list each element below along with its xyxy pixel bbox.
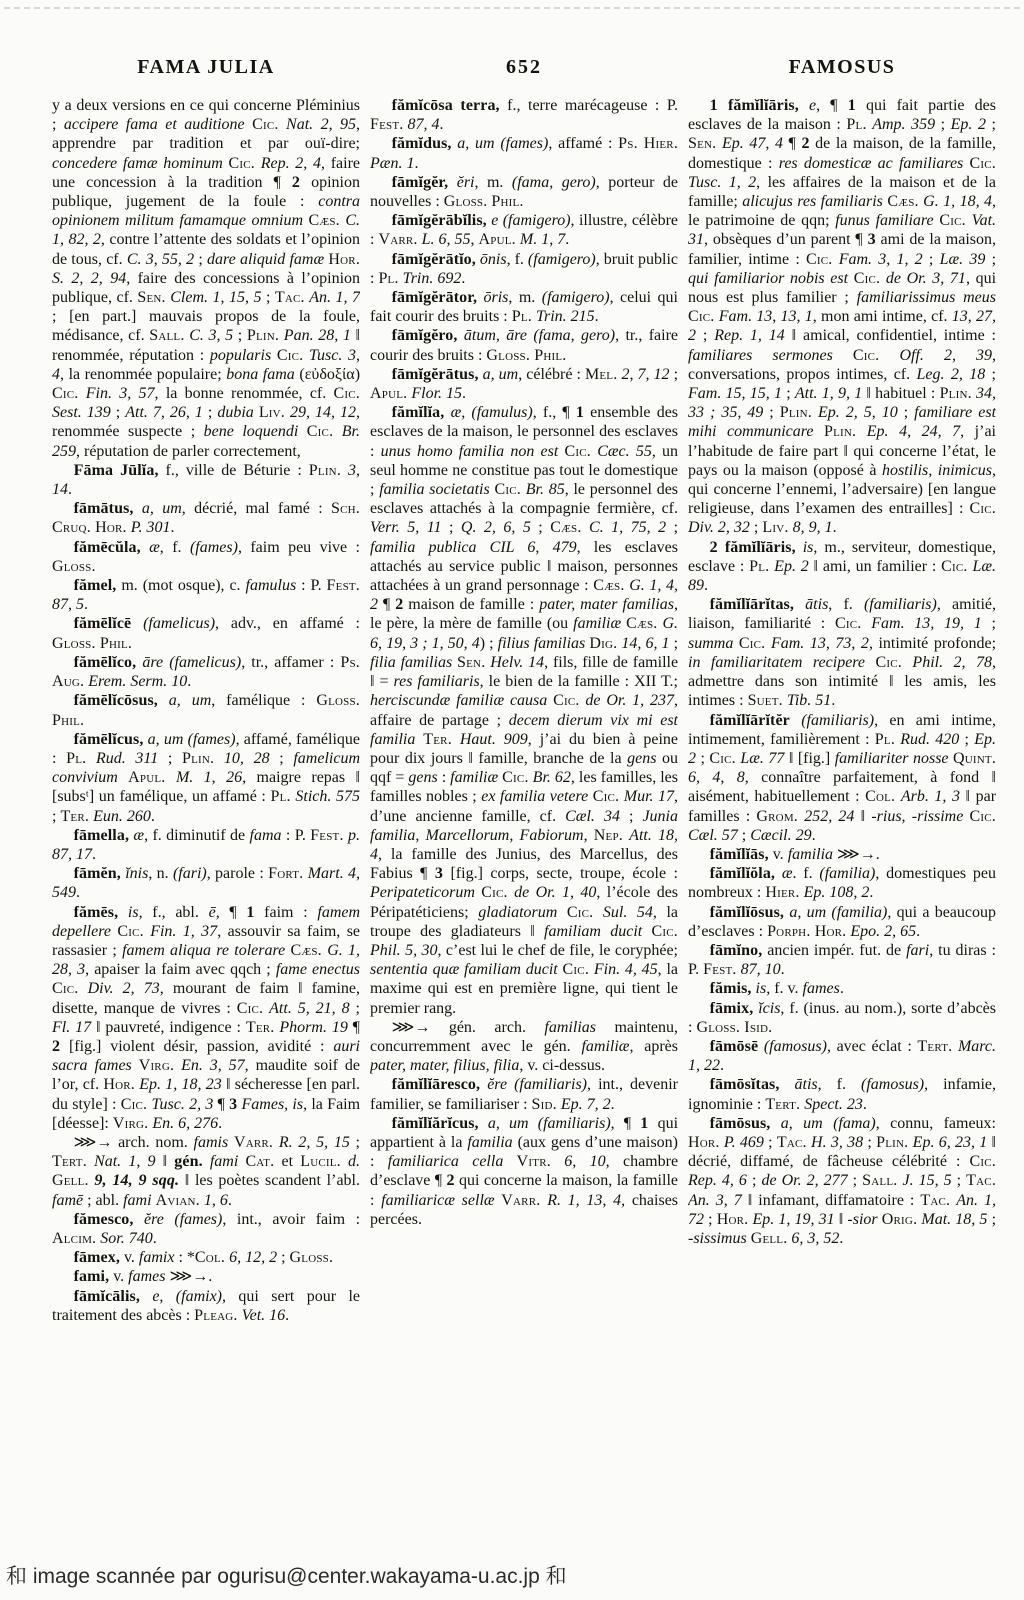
latin-italic-run: Clem. 1, 15, 5: [170, 289, 261, 306]
latin-italic-run: -sior: [847, 1211, 877, 1228]
latin-italic-run: Eun. 260: [93, 808, 151, 825]
author-smallcaps-run: Hier.: [765, 884, 799, 901]
author-smallcaps-run: Ter.: [423, 731, 452, 748]
latin-italic-run: dubia: [217, 404, 253, 421]
headword-or-bold-run: fămĭlĭōsus,: [710, 904, 784, 921]
author-smallcaps-run: Tert.: [917, 1038, 952, 1055]
author-smallcaps-run: Cæs.: [887, 193, 918, 210]
latin-italic-run: familia: [788, 846, 833, 863]
latin-italic-run: An. 1, 7: [309, 289, 360, 306]
latin-italic-run: 6, 12, 2: [229, 1249, 277, 1266]
column-3: 1 fămĭlĭāris, e, ¶ 1 qui fait partie des…: [688, 96, 996, 1534]
latin-italic-run: Trin. 692: [403, 270, 462, 287]
latin-italic-run: Cæcil. 29: [750, 827, 811, 844]
author-smallcaps-run: Sall.: [149, 327, 184, 344]
latin-italic-run: is: [128, 904, 139, 921]
latin-italic-run: 8, 9, 1: [793, 519, 833, 536]
entry-paragraph: fămĭcōsa terra, f., terre marécageuse : …: [370, 96, 678, 134]
latin-italic-run: ātum, āre (fama, gero): [464, 327, 615, 344]
headword-or-bold-run: fāmōsē: [710, 1038, 759, 1055]
entry-paragraph: fāmĭcālis, e, (famix), qui sert pour le …: [52, 1287, 360, 1325]
entry-paragraph: fāmĭgĕro, ātum, āre (fama, gero), tr., f…: [370, 326, 678, 364]
latin-italic-run: ē: [209, 904, 216, 921]
latin-italic-run: familiares sermones: [688, 347, 833, 364]
latin-italic-run: Ep. 2, 5, 10: [818, 404, 898, 421]
latin-italic-run: R. 2, 5, 15: [279, 1134, 350, 1151]
headword-or-bold-run: fămĭlĭārĭtas,: [710, 596, 794, 613]
latin-italic-run: Cæc. 55: [597, 443, 652, 460]
latin-italic-run: qui familiarior nobis est: [688, 270, 848, 287]
author-smallcaps-run: Apul.: [370, 385, 407, 402]
headword-or-bold-run: fāmĭgĕr,: [392, 174, 449, 191]
latin-italic-run: 6, 10: [564, 1153, 605, 1170]
latin-italic-run: Tusc. 2, 3: [152, 1096, 214, 1113]
latin-italic-run: 14, 6, 1: [621, 635, 669, 652]
latin-italic-run: Ep. 7, 2: [561, 1096, 611, 1113]
author-smallcaps-run: Alcim.: [52, 1230, 96, 1247]
headword-or-bold-run: fămel,: [74, 577, 117, 594]
entry-paragraph: fămĭlĭărĭcus, a, um (familiaris), ¶ 1 qu…: [370, 1114, 678, 1229]
latin-italic-run: (famigero): [528, 251, 596, 268]
author-smallcaps-run: Tac.: [777, 1134, 807, 1151]
latin-italic-run: res familiaris: [393, 673, 479, 690]
headword-or-bold-run: 3: [229, 1096, 237, 1113]
latin-italic-run: Ep. 2: [774, 558, 809, 575]
author-smallcaps-run: Quint.: [953, 750, 996, 767]
latin-italic-run: Fam. 13, 13, 1: [719, 308, 813, 325]
author-smallcaps-run: Cæs.: [550, 519, 581, 536]
author-smallcaps-run: Cic.: [567, 904, 593, 921]
latin-italic-run: ōris: [484, 289, 509, 306]
headword-or-bold-run: 1: [576, 404, 584, 421]
scan-credit-line: 和 image scannée par ogurisu@center.wakay…: [6, 1560, 567, 1590]
latin-italic-run: familiam ducit: [544, 923, 642, 940]
latin-italic-run: S. 2, 2, 94: [52, 270, 126, 287]
headword-or-bold-run: fămēlĭcus,: [74, 731, 144, 748]
entry-paragraph: fămĭlĭōsus, a, um (familia), qui a beauc…: [688, 903, 996, 941]
headword-or-bold-run: fămesco,: [74, 1211, 134, 1228]
author-smallcaps-run: Plin.: [182, 750, 214, 767]
author-smallcaps-run: Cic.: [739, 635, 765, 652]
author-smallcaps-run: Cic.: [502, 769, 528, 786]
latin-italic-run: familia: [467, 1134, 512, 1151]
latin-italic-run: M. 1, 26: [176, 769, 242, 786]
latin-italic-run: familiaricæ sellæ: [381, 1192, 494, 1209]
author-smallcaps-run: Mel.: [585, 366, 617, 383]
latin-italic-run: An. 3, 7: [688, 1192, 742, 1209]
latin-italic-run: famis: [194, 1134, 229, 1151]
author-smallcaps-run: Fest.: [370, 116, 403, 133]
author-smallcaps-run: Cic.: [52, 385, 78, 402]
author-smallcaps-run: Pl.: [875, 731, 895, 748]
author-smallcaps-run: Cic.: [970, 1153, 996, 1170]
latin-italic-run: fame enectus: [276, 961, 360, 978]
author-smallcaps-run: Cic.: [52, 980, 78, 997]
latin-italic-run: Ep. 4, 24, 7: [867, 423, 960, 440]
author-smallcaps-run: Cic.: [593, 788, 619, 805]
latin-italic-run: P. 301: [131, 519, 171, 536]
latin-italic-run: Mat. 18, 5: [921, 1211, 987, 1228]
latin-italic-run: is: [803, 539, 814, 556]
latin-italic-run: Rud. 311: [96, 750, 158, 767]
latin-italic-run: famē: [52, 1192, 83, 1209]
latin-italic-run: a, um (fames): [457, 135, 548, 152]
latin-italic-run: En. 3, 57: [181, 1057, 245, 1074]
latin-italic-run: familiæ: [450, 769, 498, 786]
entry-paragraph: fămēlĭcōsus, a, um, famélique : Gloss. P…: [52, 691, 360, 729]
author-smallcaps-run: Ter.: [60, 808, 89, 825]
author-smallcaps-run: Gell.: [52, 1172, 89, 1189]
latin-italic-run: familia societatis: [379, 481, 490, 498]
column-2: fămĭcōsa terra, f., terre marécageuse : …: [370, 96, 678, 1534]
latin-italic-run: familiæ: [573, 615, 621, 632]
entry-paragraph: fămel, m. (mot osque), c. famulus : P. F…: [52, 576, 360, 614]
latin-italic-run: (famosus): [764, 1038, 827, 1055]
latin-italic-run: Br. 85: [526, 481, 565, 498]
entry-paragraph: fămēlĭcus, a, um (fames), affamé, faméli…: [52, 730, 360, 826]
page-header: FAMA JULIA 652 FAMOSUS: [52, 56, 996, 79]
entry-paragraph: fāmātus, a, um, décrié, mal famé : Sch. …: [52, 499, 360, 537]
latin-italic-run: æ: [133, 827, 144, 844]
latin-italic-run: famulus: [246, 577, 297, 594]
entry-paragraph: fāmella, æ, f. diminutif de fama : P. Fe…: [52, 826, 360, 864]
headword-or-bold-run: fāmĭcālis,: [74, 1288, 140, 1305]
latin-italic-run: Br. 62: [533, 769, 571, 786]
latin-italic-run: familiarissimus meus: [857, 289, 996, 306]
author-smallcaps-run: Hor.: [103, 1076, 135, 1093]
entry-paragraph: fami, v. fames ⋙→.: [52, 1267, 360, 1286]
latin-italic-run: Fam. 3, 1, 2: [839, 251, 923, 268]
author-smallcaps-run: Pl.: [271, 788, 291, 805]
headword-or-bold-run: fāmella,: [74, 827, 129, 844]
entry-paragraph: fămĭlĭāresco, ĕre (familiaris), int., de…: [370, 1075, 678, 1113]
latin-italic-run: Verr. 5, 11: [370, 519, 442, 536]
author-smallcaps-run: Plin.: [247, 327, 279, 344]
headword-or-bold-run: fāmātus,: [74, 500, 134, 517]
author-smallcaps-run: Tac.: [920, 1192, 950, 1209]
latin-italic-run: familiariter nosse: [835, 750, 949, 767]
entry-paragraph: fāmix, ĭcis, f. (inus. au nom.), sorte d…: [688, 999, 996, 1037]
latin-italic-run: gladiatorum: [478, 904, 557, 921]
author-smallcaps-run: Cat.: [245, 1153, 274, 1170]
headword-or-bold-run: fāmĕn,: [74, 865, 121, 882]
author-smallcaps-run: Tert.: [52, 1153, 87, 1170]
latin-italic-run: in familiaritatem recipere: [688, 654, 865, 671]
latin-italic-run: 9, 14, 9 sqq.: [94, 1172, 179, 1189]
author-smallcaps-run: Varr.: [234, 1134, 273, 1151]
latin-italic-run: Mur. 17: [624, 788, 674, 805]
latin-italic-run: Tusc. 1, 2: [688, 174, 756, 191]
latin-italic-run: pater, mater, filius, filia: [370, 1057, 519, 1074]
latin-italic-run: res domesticæ ac familiares: [779, 155, 964, 172]
scanned-dictionary-page: FAMA JULIA 652 FAMOSUS y a deux versions…: [0, 0, 1024, 1600]
latin-italic-run: e: [809, 97, 816, 114]
latin-italic-run: 2, 7, 12: [621, 366, 669, 383]
latin-italic-run: Sor. 740: [100, 1230, 152, 1247]
latin-italic-run: 10, 28: [224, 750, 270, 767]
latin-italic-run: 252, 24: [804, 808, 854, 825]
author-smallcaps-run: Cic.: [652, 923, 678, 940]
author-smallcaps-run: Cic.: [970, 808, 996, 825]
latin-italic-run: J. 15, 5: [902, 1172, 951, 1189]
author-smallcaps-run: Fest.: [310, 827, 343, 844]
latin-italic-run: (fama, gero): [512, 174, 596, 191]
latin-italic-run: familiæ: [581, 1038, 629, 1055]
latin-italic-run: Stich. 575: [295, 788, 360, 805]
latin-italic-run: Helv. 14: [490, 654, 544, 671]
author-smallcaps-run: Sen.: [137, 289, 165, 306]
author-smallcaps-run: Apul.: [479, 231, 516, 248]
latin-italic-run: Erem. Serm. 10: [88, 673, 187, 690]
headword-or-bold-run: 3: [435, 865, 443, 882]
author-smallcaps-run: Plin.: [780, 404, 812, 421]
author-smallcaps-run: Pl.: [66, 750, 86, 767]
author-smallcaps-run: Cic.: [565, 443, 591, 460]
latin-italic-run: Fin. 4, 45: [594, 961, 658, 978]
latin-italic-run: En. 6, 276: [152, 1115, 218, 1132]
author-smallcaps-run: Cic.: [229, 155, 255, 172]
latin-italic-run: L. 6, 55: [422, 231, 471, 248]
author-smallcaps-run: Tac.: [966, 1172, 996, 1189]
latin-italic-run: Rep. 2, 4: [261, 155, 321, 172]
latin-italic-run: filius familias: [498, 635, 586, 652]
author-smallcaps-run: Sall.: [862, 1172, 897, 1189]
latin-italic-run: Phil. 5, 30: [370, 942, 438, 959]
latin-italic-run: G. 1, 18, 4: [923, 193, 992, 210]
latin-italic-run: Q. 2, 6, 5: [461, 519, 531, 536]
entry-paragraph: fāmōsĭtas, ātis, f. (famosus), infamie, …: [688, 1075, 996, 1113]
latin-italic-run: de Or. 2, 277: [761, 1172, 847, 1189]
latin-italic-run: a, um (familiaris): [488, 1115, 611, 1132]
latin-italic-run: de Or. 1, 40: [514, 884, 596, 901]
latin-italic-run: fari: [906, 942, 929, 959]
entry-paragraph: fămĭlĭa, æ, (famulus), f., ¶ 1 ensemble …: [370, 403, 678, 1018]
latin-italic-run: Fin. 1, 37: [150, 923, 217, 940]
latin-italic-run: ex familia vetere: [481, 788, 588, 805]
author-smallcaps-run: Hor.: [717, 1211, 749, 1228]
headword-or-bold-run: 1: [640, 1115, 648, 1132]
latin-italic-run: Sest. 139: [52, 404, 111, 421]
latin-italic-run: Phil. 2, 78: [912, 654, 992, 671]
entry-paragraph: fămĭlĭārĭtas, ātis, f. (familiaris), ami…: [688, 595, 996, 710]
latin-italic-run: e, (famix): [152, 1288, 222, 1305]
author-smallcaps-run: Fest.: [327, 577, 360, 594]
author-smallcaps-run: Cic.: [970, 500, 996, 517]
latin-italic-run: (fames): [190, 539, 238, 556]
latin-italic-run: Nat. 2, 95: [286, 116, 356, 133]
latin-italic-run: gens: [408, 769, 437, 786]
author-smallcaps-run: Dig.: [589, 635, 617, 652]
latin-italic-run: Trin. 215: [536, 308, 595, 325]
latin-italic-run: sententia quæ familiam ducit: [370, 961, 558, 978]
latin-italic-run: Fames, is: [242, 1096, 304, 1113]
headword-or-bold-run: 2: [447, 1172, 455, 1189]
latin-italic-run: Div. 2, 73: [88, 980, 160, 997]
latin-italic-run: 6, 4, 8: [688, 769, 745, 786]
latin-italic-run: āre (famelicus): [142, 654, 241, 671]
headword-or-bold-run: fămĭlĭāresco,: [392, 1076, 481, 1093]
author-smallcaps-run: Phil.: [491, 193, 523, 210]
latin-italic-run: bona fama: [226, 366, 295, 383]
entry-paragraph: fāmex, v. famix : *Col. 6, 12, 2 ; Gloss…: [52, 1248, 360, 1267]
author-smallcaps-run: Gloss.: [290, 1249, 334, 1266]
latin-italic-run: 87, 10: [741, 961, 781, 978]
latin-italic-run: (familiaris): [864, 596, 937, 613]
author-smallcaps-run: Fort.: [268, 865, 303, 882]
author-smallcaps-run: Porph. Hor.: [767, 923, 846, 940]
latin-italic-run: herciscundæ familiæ causa: [370, 692, 547, 709]
author-smallcaps-run: Sen.: [688, 135, 716, 152]
latin-italic-run: de Or. 3, 71: [886, 270, 966, 287]
latin-italic-run: Haut. 909: [460, 731, 528, 748]
author-smallcaps-run: Nep.: [594, 827, 623, 844]
latin-italic-run: 87, 5: [52, 596, 84, 613]
latin-italic-run: accipere fama et auditione: [64, 116, 245, 133]
entry-paragraph: fămĭdus, a, um (fames), affamé : Ps. Hie…: [370, 134, 678, 172]
latin-italic-run: M. 1, 7: [520, 231, 565, 248]
latin-italic-run: Tib. 51: [787, 692, 831, 709]
latin-italic-run: (familia): [819, 865, 875, 882]
headword-or-bold-run: fămēs,: [74, 904, 119, 921]
latin-italic-run: alicujus res familiaris: [742, 193, 883, 210]
latin-italic-run: H. 3, 38: [811, 1134, 863, 1151]
latin-italic-run: Pæn. 1: [370, 155, 414, 172]
author-smallcaps-run: Cic.: [854, 270, 880, 287]
headword-or-bold-run: gén.: [174, 1153, 202, 1170]
latin-italic-run: ĕri: [457, 174, 475, 191]
latin-italic-run: 6, 3, 52: [791, 1230, 839, 1247]
entry-paragraph: fāmĕn, ĭnis, n. (fari), parole : Fort. M…: [52, 864, 360, 902]
latin-italic-run: Cæl. 34: [565, 808, 620, 825]
latin-italic-run: familiarica cella: [388, 1153, 504, 1170]
entry-paragraph: fămĭlĭārĭtĕr (familiaris), en ami intime…: [688, 711, 996, 845]
author-smallcaps-run: Col.: [195, 1249, 225, 1266]
author-smallcaps-run: Ter.: [246, 1019, 275, 1036]
author-smallcaps-run: Hor.: [328, 251, 360, 268]
latin-italic-run: gens: [627, 750, 656, 767]
author-smallcaps-run: Liv.: [762, 519, 788, 536]
latin-italic-run: dare aliquid famæ: [207, 251, 324, 268]
headword-or-bold-run: fămĭlĭās,: [710, 846, 769, 863]
entry-paragraph: fāmōsus, a, um (fama), connu, fameux: Ho…: [688, 1114, 996, 1248]
entry-paragraph: Fāma Jūlĭa, f., ville de Béturie : Plin.…: [52, 461, 360, 499]
latin-italic-run: Phorm. 19: [279, 1019, 347, 1036]
author-smallcaps-run: Tert.: [765, 1096, 800, 1113]
headword-or-bold-run: 1: [848, 97, 856, 114]
author-smallcaps-run: Gloss. Isid.: [696, 1019, 772, 1036]
entry-paragraph: fămēs, is, f., abl. ē, ¶ 1 faim : famem …: [52, 903, 360, 1133]
headword-or-bold-run: fāmĭgĕrātus,: [392, 366, 479, 383]
latin-italic-run: C. 1, 75, 2: [589, 519, 666, 536]
author-smallcaps-run: Varr.: [378, 231, 417, 248]
author-smallcaps-run: Gell.: [751, 1230, 788, 1247]
author-smallcaps-run: Cic.: [117, 923, 143, 940]
headword-or-bold-run: fămĭcōsa terra,: [392, 97, 500, 114]
latin-italic-run: ōnis: [480, 251, 507, 268]
headword-or-bold-run: fămĭdus,: [392, 135, 452, 152]
latin-italic-run: Ep. 108, 2: [804, 884, 870, 901]
latin-italic-run: (famosus): [861, 1076, 924, 1093]
latin-italic-run: Ep. 2: [951, 116, 986, 133]
headword-or-bold-run: fămēcŭla,: [74, 539, 141, 556]
author-smallcaps-run: Cic.: [563, 961, 589, 978]
latin-italic-run: Tusc. 3, 4: [52, 347, 360, 383]
latin-italic-run: Sul. 54: [603, 904, 653, 921]
author-smallcaps-run: Sen.: [457, 654, 485, 671]
author-smallcaps-run: Plin.: [309, 462, 341, 479]
headword-or-bold-run: fāmix,: [710, 1000, 754, 1017]
latin-italic-run: fami: [210, 1153, 238, 1170]
author-smallcaps-run: Pl.: [846, 116, 866, 133]
latin-italic-run: Epo. 2, 65: [850, 923, 916, 940]
latin-italic-run: Rep. 1, 14: [714, 327, 785, 344]
entry-paragraph: fămĭlĭās, v. familia ⋙→.: [688, 845, 996, 864]
latin-italic-run: 87, 4: [407, 116, 439, 133]
entry-paragraph: 1 fămĭlĭāris, e, ¶ 1 qui fait partie des…: [688, 96, 996, 538]
author-smallcaps-run: Cic.: [835, 615, 861, 632]
author-smallcaps-run: Gloss.: [52, 558, 96, 575]
scan-artifact-line: [4, 7, 1020, 9]
latin-italic-run: unus homo familia non est: [381, 443, 559, 460]
column-1: y a deux versions en ce qui concerne Plé…: [52, 96, 360, 1534]
headword-or-bold-run: fāmōsĭtas,: [710, 1076, 780, 1093]
author-smallcaps-run: Cic.: [806, 251, 832, 268]
latin-italic-run: hostilis, inimicus: [882, 462, 992, 479]
author-smallcaps-run: Gloss. Phil.: [52, 635, 132, 652]
headword-or-bold-run: 1 fămĭlĭāris,: [710, 97, 799, 114]
latin-italic-run: concedere famæ hominum: [52, 155, 223, 172]
entry-paragraph: 2 fămĭlĭāris, is, m., serviteur, domesti…: [688, 538, 996, 596]
author-smallcaps-run: Cic.: [334, 385, 360, 402]
entry-paragraph: fămis, is, f. v. fames.: [688, 979, 996, 998]
text-columns: y a deux versions en ce qui concerne Plé…: [52, 96, 996, 1534]
latin-italic-run: Arb. 1, 3: [901, 788, 960, 805]
author-smallcaps-run: Cic.: [494, 481, 520, 498]
latin-italic-run: familias: [544, 1019, 596, 1036]
latin-italic-run: Att. 7, 26, 1: [125, 404, 203, 421]
latin-italic-run: ātis: [795, 1076, 818, 1093]
author-smallcaps-run: Cic.: [709, 750, 735, 767]
headword-or-bold-run: fămis,: [710, 980, 752, 997]
latin-italic-run: æ: [782, 865, 793, 882]
author-smallcaps-run: Col.: [865, 788, 895, 805]
latin-italic-run: 1, 6: [204, 1192, 228, 1209]
latin-italic-run: fames: [803, 980, 840, 997]
headword-or-bold-run: fămĭlĭa,: [392, 404, 445, 421]
latin-italic-run: funus familiare: [835, 212, 933, 229]
latin-italic-run: filia familias: [370, 654, 452, 671]
author-smallcaps-run: Cic.: [970, 155, 996, 172]
latin-italic-run: æ, (famulus): [451, 404, 533, 421]
headword-or-bold-run: 9, 14, 9 sqq.: [94, 1172, 179, 1189]
author-smallcaps-run: Cæs.: [309, 212, 340, 229]
latin-italic-run: C. 3, 55, 2: [127, 251, 194, 268]
latin-italic-run: ĭnis: [125, 865, 148, 882]
latin-italic-run: a, um: [169, 692, 211, 709]
headword-or-bold-run: fāmĭgĕrābĭlis,: [392, 212, 487, 229]
latin-italic-run: Fam. 15, 15, 1: [688, 385, 782, 402]
headword-or-bold-run: fāmĭno,: [710, 942, 763, 959]
author-smallcaps-run: Avian.: [156, 1192, 200, 1209]
headword-or-bold-run: 2: [292, 174, 300, 191]
latin-italic-run: C. 3, 5: [189, 327, 233, 344]
entry-paragraph: fămēcŭla, æ, f. (fames), faim peu vive :…: [52, 538, 360, 576]
latin-italic-run: R. 1, 13, 4: [547, 1192, 621, 1209]
author-smallcaps-run: Virg.: [113, 1115, 149, 1132]
headword-or-bold-run: fămĭlĭārĭtĕr: [710, 712, 790, 729]
headword-or-bold-run: fāmĭgĕrātĭo,: [392, 251, 476, 268]
author-smallcaps-run: Virg.: [139, 1057, 175, 1074]
